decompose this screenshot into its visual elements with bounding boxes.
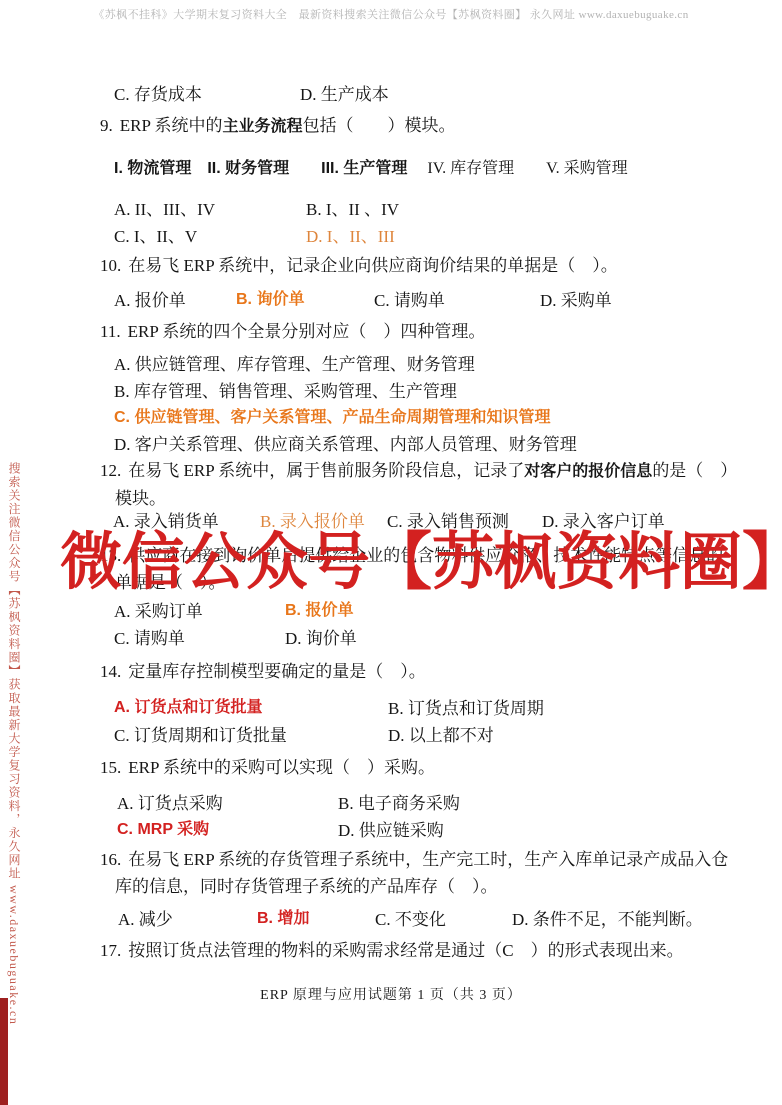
option: B. 电子商务采购 xyxy=(338,789,460,814)
question-8-options: C. 存货成本 D. 生产成本 xyxy=(100,80,760,106)
option: D. 生产成本 xyxy=(300,80,389,105)
question-11-option-c: C. 供应链管理、客户关系管理、产品生命周期管理和知识管理 xyxy=(100,404,760,430)
question-9-stem: 9.ERP 系统中的主业务流程包括（ ）模块。 xyxy=(100,112,733,140)
option: B. 询价单 xyxy=(236,286,304,309)
page-footer-text: ERP 原理与应用试题第 1 页（共 3 页） xyxy=(0,984,782,1004)
question-16-options: A. 减少 B. 增加 C. 不变化 D. 条件不足，不能判断。 xyxy=(100,905,760,931)
option: B. I、II 、IV xyxy=(306,195,399,220)
option: D. 供应链采购 xyxy=(338,816,444,841)
stem-text: 在易飞 ERP 系统中，记录企业向供应商询价结果的单据是（ ）。 xyxy=(128,256,618,275)
question-9-roman-items: I. 物流管理 II. 财务管理 III. 生产管理IV. 库存管理 V. 采购… xyxy=(114,155,754,178)
question-11-option-a: A. 供应链管理、库存管理、生产管理、财务管理 xyxy=(100,350,760,376)
question-10-options: A. 报价单 B. 询价单 C. 请购单 D. 采购单 xyxy=(100,286,760,312)
option: A. 供应链管理、库存管理、生产管理、财务管理 xyxy=(114,350,475,375)
question-14-stem: 14.定量库存控制模型要确定的量是（ ）。 xyxy=(100,658,733,685)
option: C. 订货周期和订货批量 xyxy=(114,721,287,746)
option: B. 库存管理、销售管理、采购管理、生产管理 xyxy=(114,377,457,402)
option: A. 订货点采购 xyxy=(117,789,223,814)
question-13-options-row2: C. 请购单 D. 询价单 xyxy=(100,624,760,650)
option: D. 客户关系管理、供应商关系管理、内部人员管理、财务管理 xyxy=(114,430,577,455)
question-11-option-b: B. 库存管理、销售管理、采购管理、生产管理 xyxy=(100,377,760,403)
question-16-stem: 16.在易飞 ERP 系统的存货管理子系统中，生产完工时，生产入库单记录产成品入… xyxy=(100,846,733,900)
question-14-options-row2: C. 订货周期和订货批量 D. 以上都不对 xyxy=(100,721,760,747)
page-header-text: 《苏枫不挂科》大学期末复习资料大全 最新资料搜索关注微信公众号【苏枫资料圈】 永… xyxy=(0,6,782,22)
question-9-options-row1: A. II、III、IV B. I、II 、IV xyxy=(100,195,760,221)
option: A. 减少 xyxy=(118,905,173,930)
question-14-options-row1: A. 订货点和订货批量 B. 订货点和订货周期 xyxy=(100,694,760,720)
option: B. 订货点和订货周期 xyxy=(388,694,544,719)
question-number: 16. xyxy=(100,850,121,869)
side-vertical-note: 搜索关注微信公众号【苏枫资料圈】获取最新大学复习资料，永久网址 www.daxu… xyxy=(6,462,23,972)
option: A. 订货点和订货批量 xyxy=(114,694,262,717)
stem-text: 在易飞 ERP 系统的存货管理子系统中，生产完工时，生产入库单记录产成品入仓库的… xyxy=(115,850,728,896)
option: C. I、II、V xyxy=(114,222,197,247)
option: C. 请购单 xyxy=(374,286,445,311)
question-number: 11. xyxy=(100,322,121,341)
option: A. II、III、IV xyxy=(114,195,215,220)
question-number: 14. xyxy=(100,662,121,681)
option: D. 条件不足，不能判断。 xyxy=(512,905,703,930)
stem-text: 定量库存控制模型要确定的量是（ ）。 xyxy=(128,662,426,681)
question-number: 17. xyxy=(100,941,121,960)
stem-text: 包括（ ）模块。 xyxy=(303,116,456,135)
option: D. I、II、III xyxy=(306,222,395,247)
option: D. 询价单 xyxy=(285,624,357,649)
option: C. 存货成本 xyxy=(114,80,202,105)
stem-text: 按照订货点法管理的物料的采购需求经常是通过（C ）的形式表现出来。 xyxy=(128,941,683,960)
stem-text: ERP 系统中的 xyxy=(120,116,223,135)
question-number: 9. xyxy=(100,116,113,135)
question-15-options-row1: A. 订货点采购 B. 电子商务采购 xyxy=(100,789,760,815)
stem-bold-text: 主业务流程 xyxy=(223,118,303,135)
stem-text: 在易飞 ERP 系统中，属于售前服务阶段信息，记录了 xyxy=(128,461,524,480)
question-11-option-d: D. 客户关系管理、供应商关系管理、内部人员管理、财务管理 xyxy=(100,430,760,456)
stem-text: ERP 系统中的采购可以实现（ ）采购。 xyxy=(128,758,435,777)
question-number: 10. xyxy=(100,256,121,275)
stem-text: ERP 系统的四个全景分别对应（ ）四种管理。 xyxy=(128,322,486,341)
option: C. 不变化 xyxy=(375,905,446,930)
option: C. 请购单 xyxy=(114,624,185,649)
stem-bold-text: 对客户的报价信息 xyxy=(524,463,652,480)
roman-bold: I. 物流管理 II. 财务管理 III. 生产管理 xyxy=(114,160,407,177)
question-17-stem: 17.按照订货点法管理的物料的采购需求经常是通过（C ）的形式表现出来。 xyxy=(100,937,733,964)
question-15-options-row2: C. MRP 采购 D. 供应链采购 xyxy=(100,816,760,842)
question-11-stem: 11.ERP 系统的四个全景分别对应（ ）四种管理。 xyxy=(100,318,733,345)
question-10-stem: 10.在易飞 ERP 系统中，记录企业向供应商询价结果的单据是（ ）。 xyxy=(100,252,733,279)
question-15-stem: 15.ERP 系统中的采购可以实现（ ）采购。 xyxy=(100,754,733,781)
option: B. 增加 xyxy=(257,905,309,928)
option: D. 采购单 xyxy=(540,286,612,311)
exam-page: 《苏枫不挂科》大学期末复习资料大全 最新资料搜索关注微信公众号【苏枫资料圈】 永… xyxy=(0,0,782,1105)
option: A. 报价单 xyxy=(114,286,186,311)
question-number: 12. xyxy=(100,461,121,480)
question-9-options-row2: C. I、II、V D. I、II、III xyxy=(100,222,760,248)
question-12-stem: 12.在易飞 ERP 系统中，属于售前服务阶段信息，记录了对客户的报价信息的是（… xyxy=(100,457,733,512)
roman-normal: IV. 库存管理 V. 采购管理 xyxy=(427,160,627,177)
question-number: 15. xyxy=(100,758,121,777)
watermark-text: 微信公众号【苏枫资料圈】 xyxy=(60,512,782,601)
option: C. MRP 采购 xyxy=(117,816,209,839)
option: C. 供应链管理、客户关系管理、产品生命周期管理和知识管理 xyxy=(114,404,550,427)
option: D. 以上都不对 xyxy=(388,721,494,746)
